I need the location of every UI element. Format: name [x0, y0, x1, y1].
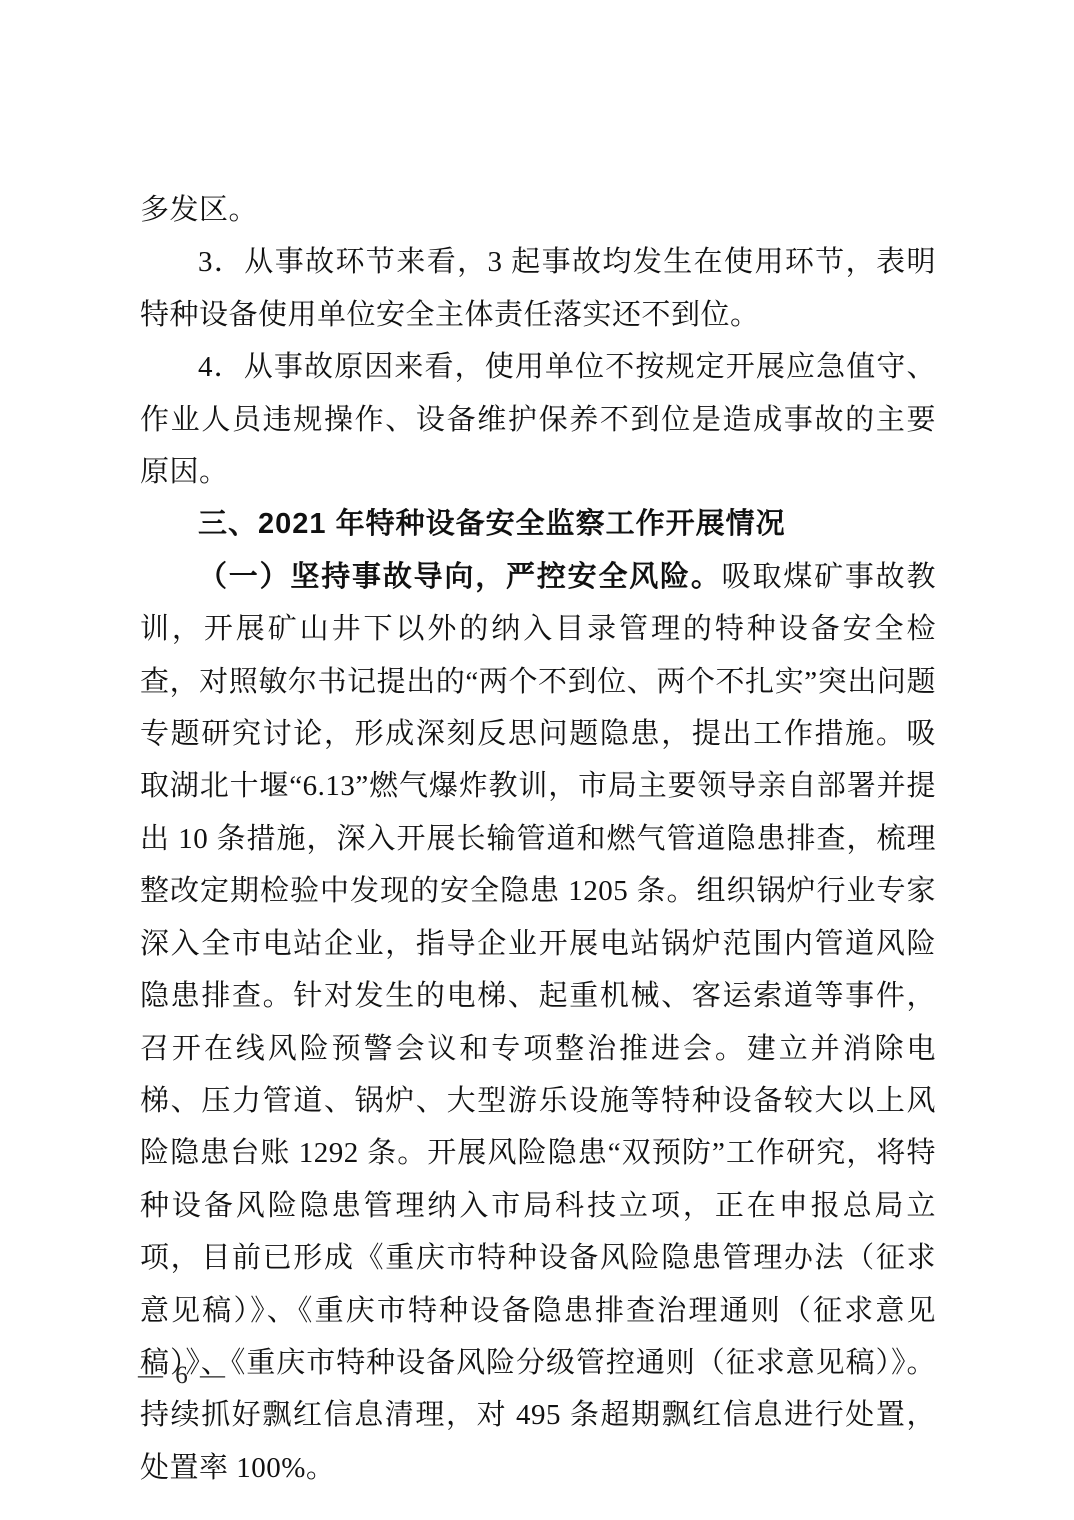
document-page: 多发区。3．从事故环节来看，3 起事故均发生在使用环节，表明特种设备使用单位安全… — [0, 0, 1074, 1520]
bold-text-segment: （一）坚持事故导向，严控安全风险。 — [198, 561, 722, 593]
paragraph: 4．从事故原因来看，使用单位不按规定开展应急值守、作业人员违规操作、设备维护保养… — [140, 341, 936, 498]
text-segment: 3．从事故环节来看，3 起事故均发生在使用环节，表明特种设备使用单位安全主体责任… — [140, 246, 936, 330]
paragraph: 多发区。 — [140, 184, 936, 236]
page-number: — 6 — — [138, 1362, 228, 1389]
paragraph: （一）坚持事故导向，严控安全风险。吸取煤矿事故教训，开展矿山井下以外的纳入目录管… — [140, 551, 936, 1494]
paragraph: 3．从事故环节来看，3 起事故均发生在使用环节，表明特种设备使用单位安全主体责任… — [140, 236, 936, 341]
page-footer: — 6 — — [138, 1358, 228, 1394]
text-segment: 吸取煤矿事故教训，开展矿山井下以外的纳入目录管理的特种设备安全检查，对照敏尔书记… — [140, 561, 936, 1484]
text-segment: 4．从事故原因来看，使用单位不按规定开展应急值守、作业人员违规操作、设备维护保养… — [140, 351, 936, 488]
section-heading: 三、2021 年特种设备安全监察工作开展情况 — [140, 498, 936, 550]
bold-text-segment: 三、2021 年特种设备安全监察工作开展情况 — [198, 508, 786, 540]
text-segment: 多发区。 — [140, 194, 258, 226]
document-body: 多发区。3．从事故环节来看，3 起事故均发生在使用环节，表明特种设备使用单位安全… — [140, 184, 936, 1494]
